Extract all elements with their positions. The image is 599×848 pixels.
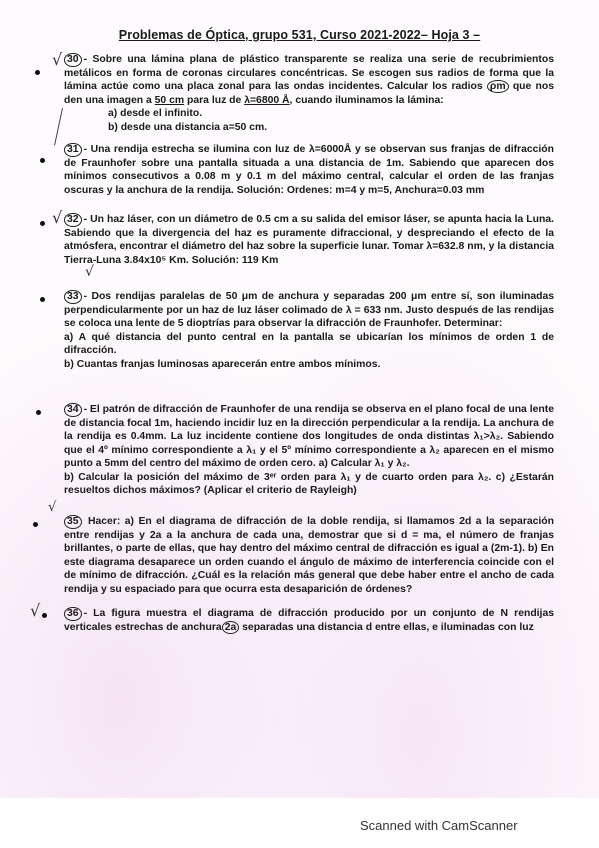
circled-symbol: ρm xyxy=(487,80,509,93)
problem-text: separadas una distancia d entre ellas, e… xyxy=(242,622,534,633)
scanned-page: Problemas de Óptica, grupo 531, Curso 20… xyxy=(0,0,599,798)
bullet-icon xyxy=(33,522,38,527)
problem-number: 34 xyxy=(64,403,82,417)
problem-36: 36- La figura muestra el diagrama de dif… xyxy=(64,607,554,634)
problem-number: 32 xyxy=(64,213,82,227)
problem-text: - El patrón de difracción de Fraunhofer … xyxy=(64,404,554,469)
pen-mark xyxy=(54,108,63,145)
problem-32: 32- Un haz láser, con un diámetro de 0.5… xyxy=(64,213,554,267)
checkmark-icon: √ xyxy=(48,500,56,515)
bullet-icon xyxy=(40,158,45,163)
circled-symbol: 2a xyxy=(222,621,240,634)
problem-33: 33- Dos rendijas paralelas de 50 μm de a… xyxy=(64,290,554,371)
problem-number: 31 xyxy=(64,143,82,157)
checkmark-icon: √ xyxy=(30,601,40,620)
bullet-icon xyxy=(40,221,45,226)
problem-31: 31- Una rendija estrecha se ilumina con … xyxy=(64,143,554,197)
problem-text: Hacer: a) En el diagrama de difracción d… xyxy=(64,516,554,595)
solution: Solución: 119 Km xyxy=(192,255,279,266)
part-b: b) Cuantas franjas luminosas aparecerán … xyxy=(64,358,554,371)
underlined-value: λ=6800 Å xyxy=(244,95,289,106)
part-bc: b) Calcular la posición del máximo de 3ᵉ… xyxy=(64,471,554,498)
problem-30: 30- Sobre una lámina plana de plástico t… xyxy=(64,53,554,134)
problem-text: - Sobre una lámina plana de plástico tra… xyxy=(64,54,554,92)
bullet-icon xyxy=(36,410,41,415)
problem-text: - Dos rendijas paralelas de 50 μm de anc… xyxy=(64,291,554,329)
problem-34: 34- El patrón de difracción de Fraunhofe… xyxy=(64,403,554,497)
checkmark-icon: √ xyxy=(52,208,62,227)
part-b: b) desde una distancia a=50 cm. xyxy=(108,121,554,134)
problem-35: 35 Hacer: a) En el diagrama de difracció… xyxy=(64,515,554,596)
bullet-icon xyxy=(42,613,47,618)
page-title: Problemas de Óptica, grupo 531, Curso 20… xyxy=(0,28,599,42)
bullet-icon xyxy=(40,297,45,302)
camscanner-watermark: Scanned with CamScanner xyxy=(360,818,518,833)
problem-text: para luz de xyxy=(187,95,241,106)
bullet-icon xyxy=(35,70,40,75)
checkmark-icon: √ xyxy=(52,50,62,69)
underlined-value: 50 cm xyxy=(155,95,184,106)
problem-number: 30 xyxy=(64,53,82,67)
problem-number: 33 xyxy=(64,290,82,304)
part-a: a) A qué distancia del punto central en … xyxy=(64,331,554,358)
problem-text: , cuando iluminamos la lámina: xyxy=(290,95,444,106)
problem-text: - Un haz láser, con un diámetro de 0.5 c… xyxy=(64,214,554,266)
problem-number: 36 xyxy=(64,607,82,621)
problem-number: 35 xyxy=(64,515,82,529)
part-a: a) desde el infinito. xyxy=(108,107,554,120)
solution: Solución: Ordenes: m=4 y m=5, Anchura=0.… xyxy=(237,185,485,196)
checkmark-icon: √ xyxy=(85,264,94,280)
